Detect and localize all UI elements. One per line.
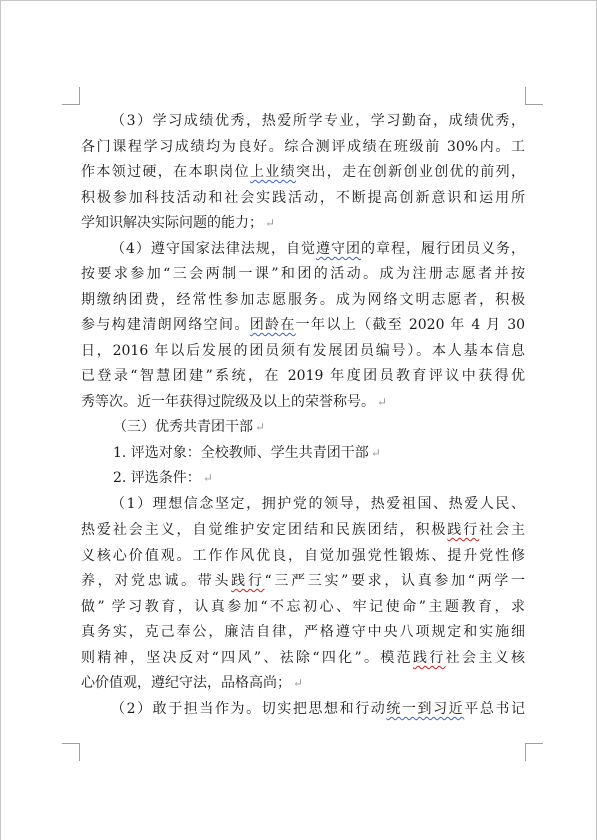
text-run: 的章程，履行团员义务， — [361, 241, 525, 257]
document-page[interactable]: （3）学习成绩优秀，热爱所学专业，学习勤奋，成绩优秀，各门课程学习成绩均为良好。… — [0, 0, 597, 840]
text-run: 义核心价值观。工作作风优良，自觉加强党性锻炼、提升党性修 — [81, 548, 525, 564]
margin-corner-mark-bottom-left — [62, 743, 80, 761]
text-line[interactable]: （4）遵守国家法律法规，自觉遵守团的章程，履行团员义务， — [111, 239, 525, 259]
text-run: 2. 评选条件： — [113, 470, 201, 486]
text-run: 一年以上（截至 2020 年 4 月 30 — [296, 317, 525, 333]
text-run: 期缴纳团费，经常性参加志愿服务。成为网络文明志愿者，积极 — [81, 292, 525, 308]
text-line[interactable]: 义核心价值观。工作作风优良，自觉加强党性锻炼、提升党性修 — [81, 546, 525, 566]
grammar-flag: 团龄在 — [250, 317, 296, 333]
spelling-flag: 践行 — [413, 650, 446, 666]
paragraph-mark-icon: ↵ — [265, 216, 275, 230]
text-line[interactable]: 作本领过硬，在本职岗位上业绩突出，走在创新创业创优的前列， — [81, 162, 525, 182]
text-line[interactable]: 心价值观，遵纪守法，品格高尚；↵ — [81, 673, 525, 693]
text-run: 已登录“智慧团建”系统，在 2019 年度团员教育评议中获得优 — [81, 368, 525, 384]
text-line[interactable]: 2. 评选条件：↵ — [113, 468, 213, 488]
text-run: 日，2016 年以后发展的团员须有发展团员编号）。本人基本信息 — [81, 343, 525, 359]
text-line[interactable]: 积极参加科技活动和社会实践活动，不断提高创新意识和运用所 — [81, 188, 525, 208]
paragraph-mark-icon: ↵ — [255, 420, 265, 434]
text-run: 养，对党忠诚。带头 — [81, 573, 231, 589]
margin-corner-mark-top-right — [525, 87, 543, 105]
text-run: 平总书记 — [464, 701, 525, 717]
spelling-flag: 践行 — [447, 522, 479, 538]
paragraph-mark-icon: ↵ — [377, 395, 387, 409]
paragraph-mark-icon: ↵ — [203, 471, 213, 485]
text-line[interactable]: 期缴纳团费，经常性参加志愿服务。成为网络文明志愿者，积极 — [81, 290, 525, 310]
text-line[interactable]: 已登录“智慧团建”系统，在 2019 年度团员教育评议中获得优 — [81, 366, 525, 386]
margin-corner-mark-bottom-right — [525, 743, 543, 761]
text-run: （三）优秀共青团干部 — [113, 419, 253, 435]
text-line[interactable]: 各门课程学习成绩均为良好。综合测评成绩在班级前 30%内。工 — [81, 137, 525, 157]
text-run: （2）敢于担当作为。切实把思想和行动 — [111, 701, 386, 717]
text-line[interactable]: 做” 学习教育，认真参加“不忘初心、牢记使命”主题教育，求 — [81, 597, 525, 617]
text-run: 秀等次。近一年获得过院级及以上的荣誉称号。 — [81, 394, 375, 410]
text-run: 按要求参加“三会两制一课”和团的活动。成为注册志愿者并按 — [81, 266, 525, 282]
text-line[interactable]: 学知识解决实际问题的能力；↵ — [81, 213, 525, 233]
text-run: 真务实，克己奉公，廉洁自律，严格遵守中央八项规定和实施细 — [81, 624, 525, 640]
paragraph-mark-icon: ↵ — [371, 446, 381, 460]
text-line[interactable]: 日，2016 年以后发展的团员须有发展团员编号）。本人基本信息 — [81, 341, 525, 361]
text-line[interactable]: （3）学习成绩优秀，热爱所学专业，学习勤奋，成绩优秀， — [111, 111, 525, 131]
text-run: 积极参加科技活动和社会实践活动，不断提高创新意识和运用所 — [81, 190, 525, 206]
text-run: 作本领过硬，在本职岗位 — [81, 164, 250, 180]
text-line[interactable]: 秀等次。近一年获得过院级及以上的荣誉称号。↵ — [81, 392, 525, 412]
text-run: 学知识解决实际问题的能力； — [81, 215, 263, 231]
text-run: 做” 学习教育，认真参加“不忘初心、牢记使命”主题教育，求 — [81, 599, 525, 615]
text-line[interactable]: 真务实，克己奉公，廉洁自律，严格遵守中央八项规定和实施细 — [81, 622, 525, 642]
grammar-flag: 上业绩 — [250, 164, 296, 180]
text-line[interactable]: 按要求参加“三会两制一课”和团的活动。成为注册志愿者并按 — [81, 264, 525, 284]
text-line[interactable]: （三）优秀共青团干部↵ — [113, 417, 265, 437]
text-run: “三严三实”要求，认真参加“两学一 — [265, 573, 525, 589]
text-run: 1. 评选对象：全校教师、学生共青团干部 — [113, 445, 369, 461]
text-line[interactable]: 参与构建清朗网络空间。团龄在一年以上（截至 2020 年 4 月 30 — [81, 315, 525, 335]
spelling-flag: 践行 — [231, 573, 264, 589]
text-run: 热爱社会主义，自觉维护安定团结和民族团结，积极 — [81, 522, 447, 538]
text-run: （4）遵守国家法律法规，自觉 — [111, 241, 316, 257]
text-line[interactable]: 热爱社会主义，自觉维护安定团结和民族团结，积极践行社会主 — [81, 520, 525, 540]
paragraph-mark-icon: ↵ — [293, 676, 303, 690]
text-line[interactable]: 1. 评选对象：全校教师、学生共青团干部↵ — [113, 443, 381, 463]
text-line[interactable]: 养，对党忠诚。带头践行“三严三实”要求，认真参加“两学一 — [81, 571, 525, 591]
text-line[interactable]: （1）理想信念坚定，拥护党的领导，热爱祖国、热爱人民、 — [111, 494, 525, 514]
text-run: （1）理想信念坚定，拥护党的领导，热爱祖国、热爱人民、 — [111, 496, 525, 512]
grammar-flag: 遵守团 — [316, 241, 361, 257]
text-run: 则精神，坚决反对“四风”、祛除“四化”。模范 — [81, 650, 413, 666]
margin-corner-mark-top-left — [62, 87, 80, 105]
text-run: 各门课程学习成绩均为良好。综合测评成绩在班级前 30%内。工 — [81, 139, 525, 155]
text-line[interactable]: 则精神，坚决反对“四风”、祛除“四化”。模范践行社会主义核 — [81, 648, 525, 668]
text-line[interactable]: （2）敢于担当作为。切实把思想和行动统一到习近平总书记 — [111, 699, 525, 719]
text-run: 社会主 — [479, 522, 525, 538]
text-run: 参与构建清朗网络空间。 — [81, 317, 250, 333]
text-run: 社会主义核 — [446, 650, 525, 666]
text-run: 心价值观，遵纪守法，品格高尚； — [81, 675, 291, 691]
text-run: 突出，走在创新创业创优的前列， — [296, 164, 525, 180]
grammar-flag: 统一到习近 — [386, 701, 464, 717]
text-run: （3）学习成绩优秀，热爱所学专业，学习勤奋，成绩优秀， — [111, 113, 525, 129]
